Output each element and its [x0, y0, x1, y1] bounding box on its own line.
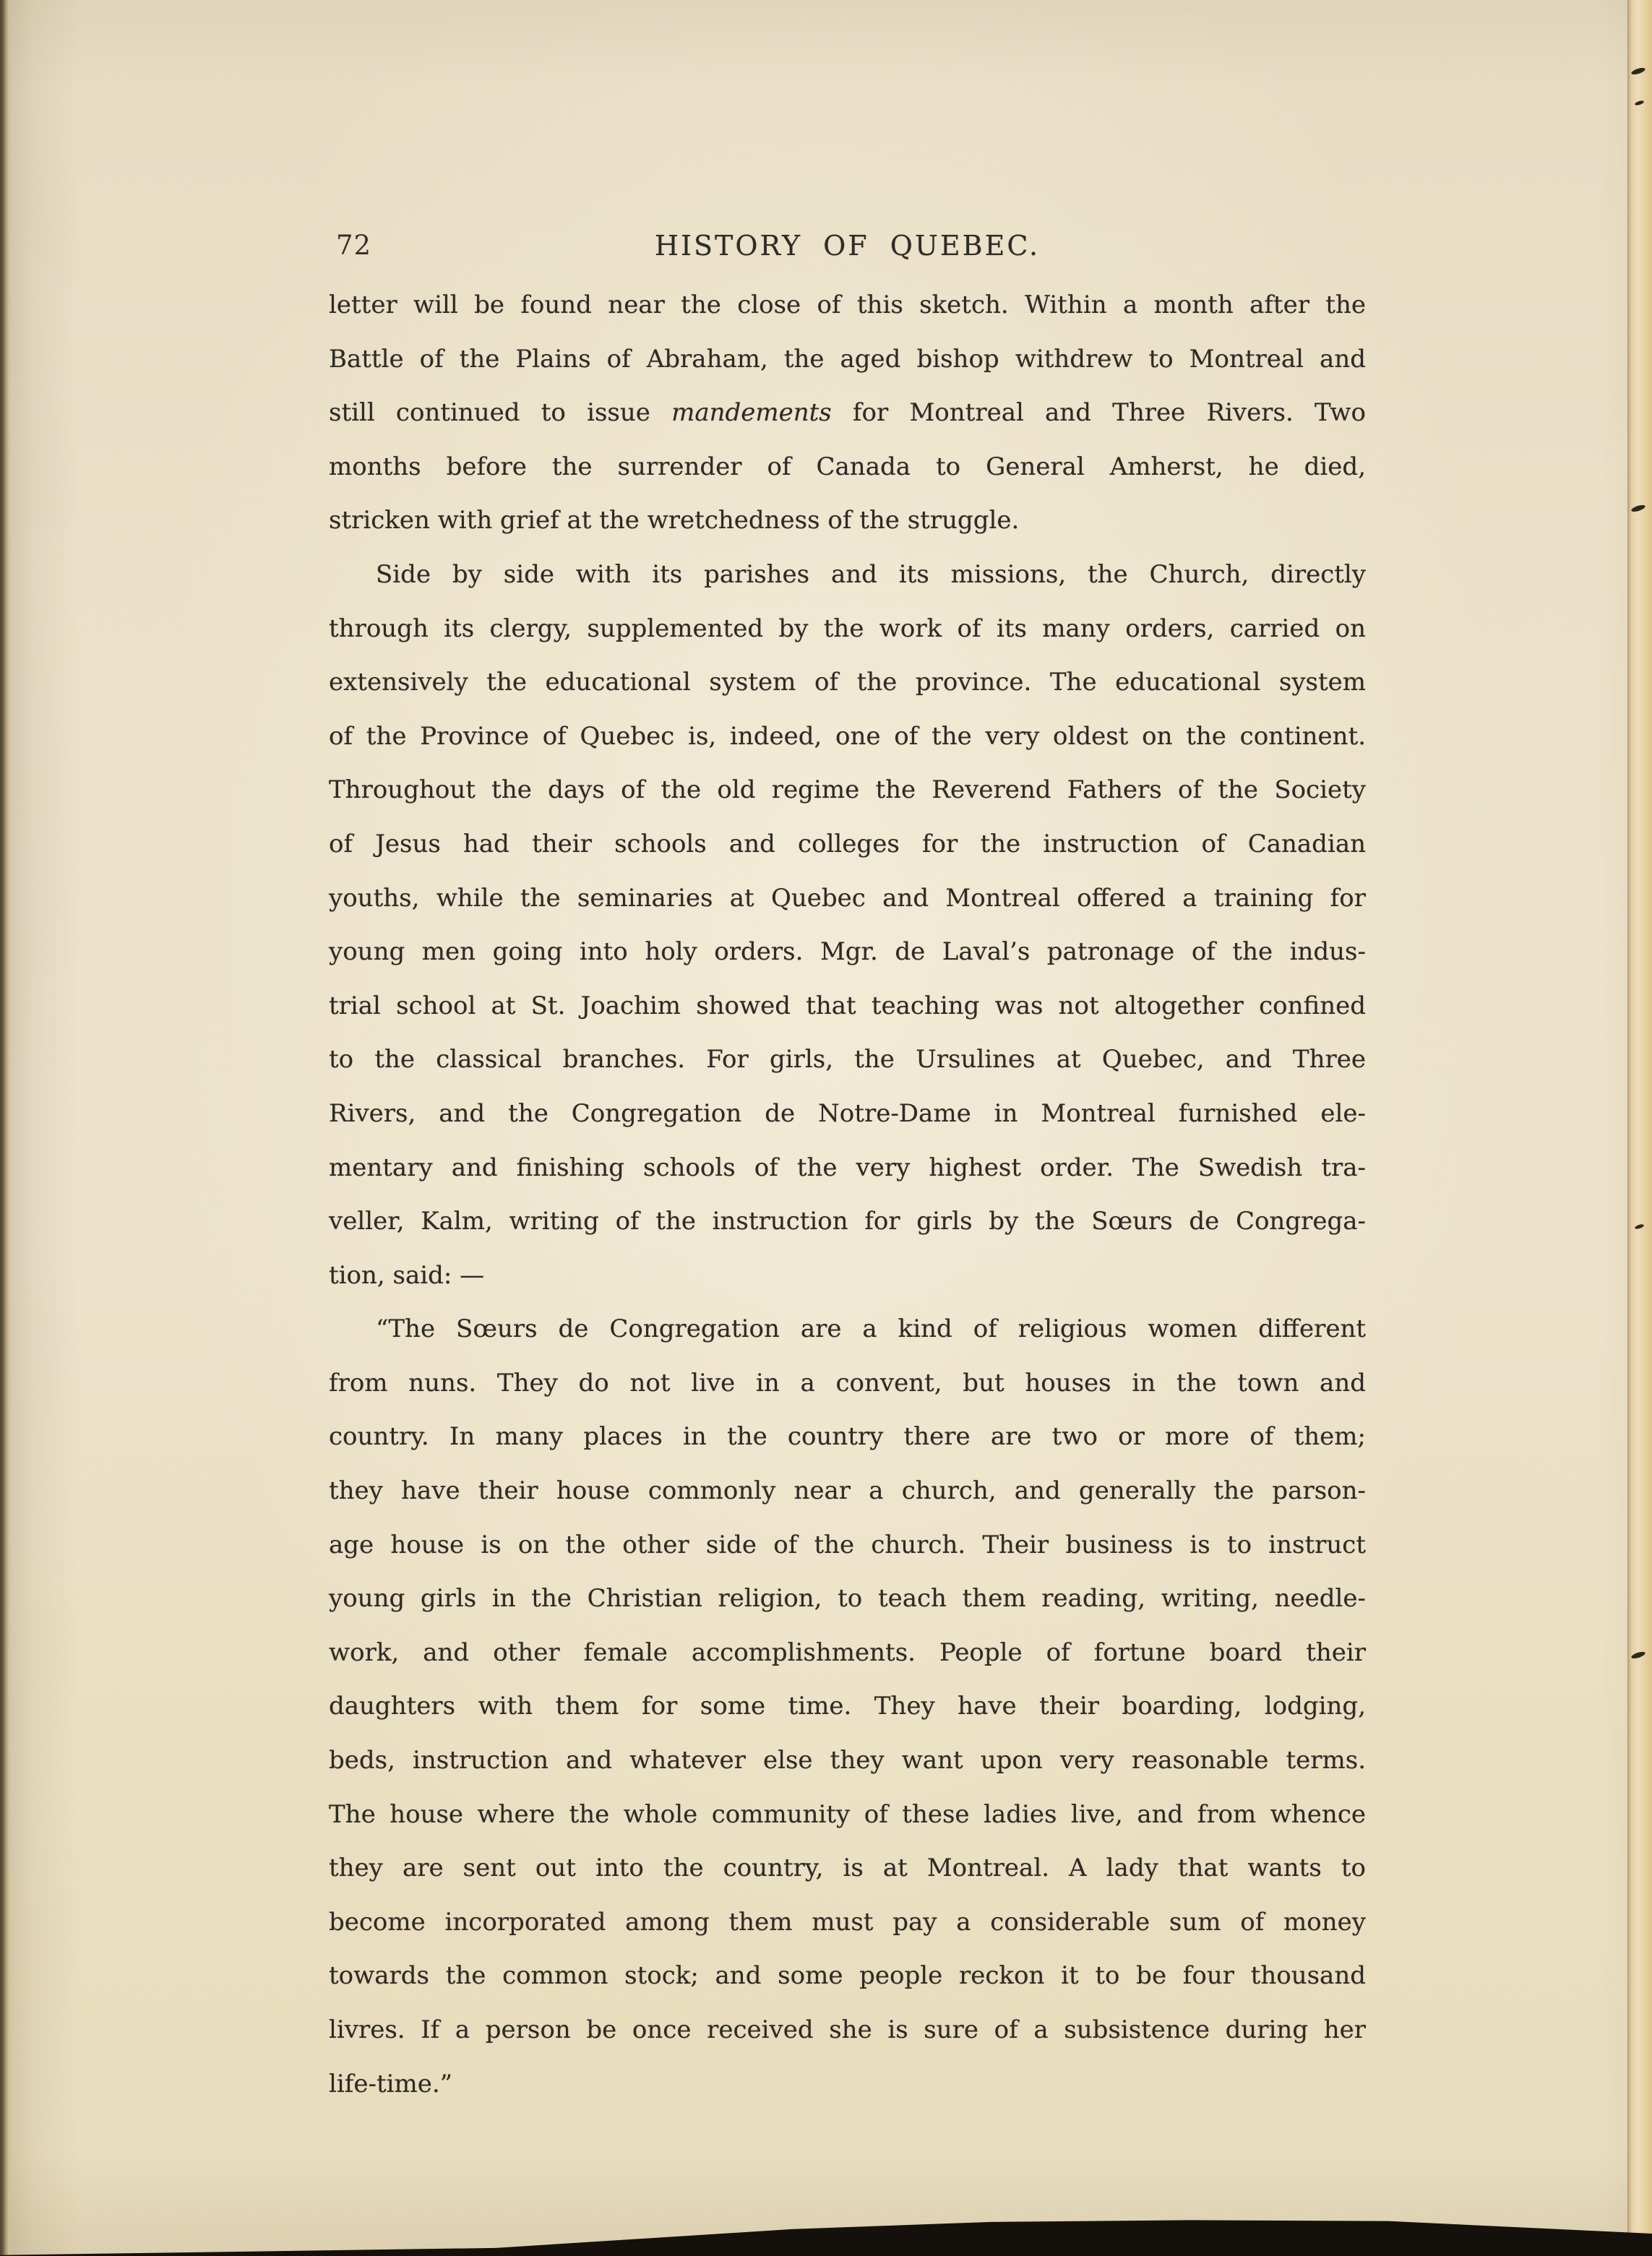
paragraph: Side by side with its parishes and its m…: [329, 548, 1366, 1302]
page-header: 72 HISTORY OF QUEBEC.: [329, 230, 1366, 273]
paper-specks: [0, 0, 1, 1]
text-line: of the Province of Quebec is, indeed, on…: [329, 710, 1366, 764]
text-line: from nuns. They do not live in a convent…: [329, 1356, 1366, 1411]
scan-background-edge: [0, 2211, 1652, 2256]
text-block: letter will be found near the close of t…: [329, 278, 1366, 2111]
stitch-mark: [1630, 504, 1645, 513]
text-line: Throughout the days of the old regime th…: [329, 763, 1366, 817]
text-line: trial school at St. Joachim showed that …: [329, 979, 1366, 1033]
text-line: Rivers, and the Congregation de Notre-Da…: [329, 1087, 1366, 1141]
text-line: Side by side with its parishes and its m…: [329, 548, 1366, 602]
text-line: “The Sœurs de Congregation are a kind of…: [329, 1302, 1366, 1356]
page-gutter-edge: [0, 0, 12, 2256]
running-title: HISTORY OF QUEBEC.: [329, 230, 1366, 262]
text-line: still continued to issue mandements for …: [329, 386, 1366, 440]
text-line: veller, Kalm, writing of the instruction…: [329, 1194, 1366, 1249]
text-line: tion, said: —: [329, 1249, 1366, 1303]
text-line: to the classical branches. For girls, th…: [329, 1033, 1366, 1087]
text-line: country. In many places in the country t…: [329, 1410, 1366, 1464]
stitch-mark: [1630, 1650, 1645, 1660]
stitch-mark: [1635, 100, 1645, 106]
fore-edge-strip: [1627, 0, 1652, 2256]
text-line: extensively the educational system of th…: [329, 655, 1366, 710]
paragraph: “The Sœurs de Congregation are a kind of…: [329, 1302, 1366, 2111]
text-line: young men going into holy orders. Mgr. d…: [329, 925, 1366, 979]
text-line: livres. If a person be once received she…: [329, 2003, 1366, 2057]
text-line: months before the surrender of Canada to…: [329, 440, 1366, 494]
text-line: The house where the whole community of t…: [329, 1788, 1366, 1842]
paragraph: letter will be found near the close of t…: [329, 278, 1366, 548]
stitch-mark: [1630, 66, 1645, 76]
text-line: age house is on the other side of the ch…: [329, 1518, 1366, 1572]
text-line: they are sent out into the country, is a…: [329, 1841, 1366, 1895]
text-line: stricken with grief at the wretchedness …: [329, 494, 1366, 548]
text-line: through its clergy, supplemented by the …: [329, 602, 1366, 656]
text-line: letter will be found near the close of t…: [329, 278, 1366, 332]
text-line: mentary and finishing schools of the ver…: [329, 1141, 1366, 1195]
text-line: daughters with them for some time. They …: [329, 1679, 1366, 1734]
text-line: become incorporated among them must pay …: [329, 1895, 1366, 1950]
text-line: of Jesus had their schools and colleges …: [329, 817, 1366, 871]
book-page-scan: 72 HISTORY OF QUEBEC. letter will be fou…: [0, 0, 1652, 2256]
text-line: Battle of the Plains of Abraham, the age…: [329, 332, 1366, 387]
text-line: work, and other female accomplishments. …: [329, 1626, 1366, 1680]
text-line: they have their house commonly near a ch…: [329, 1464, 1366, 1518]
text-line: life-time.”: [329, 2057, 1366, 2111]
text-line: towards the common stock; and some peopl…: [329, 1949, 1366, 2003]
stitch-mark: [1635, 1223, 1645, 1230]
text-line: youths, while the seminaries at Quebec a…: [329, 871, 1366, 926]
text-line: beds, instruction and whatever else they…: [329, 1734, 1366, 1788]
text-line: young girls in the Christian religion, t…: [329, 1572, 1366, 1626]
